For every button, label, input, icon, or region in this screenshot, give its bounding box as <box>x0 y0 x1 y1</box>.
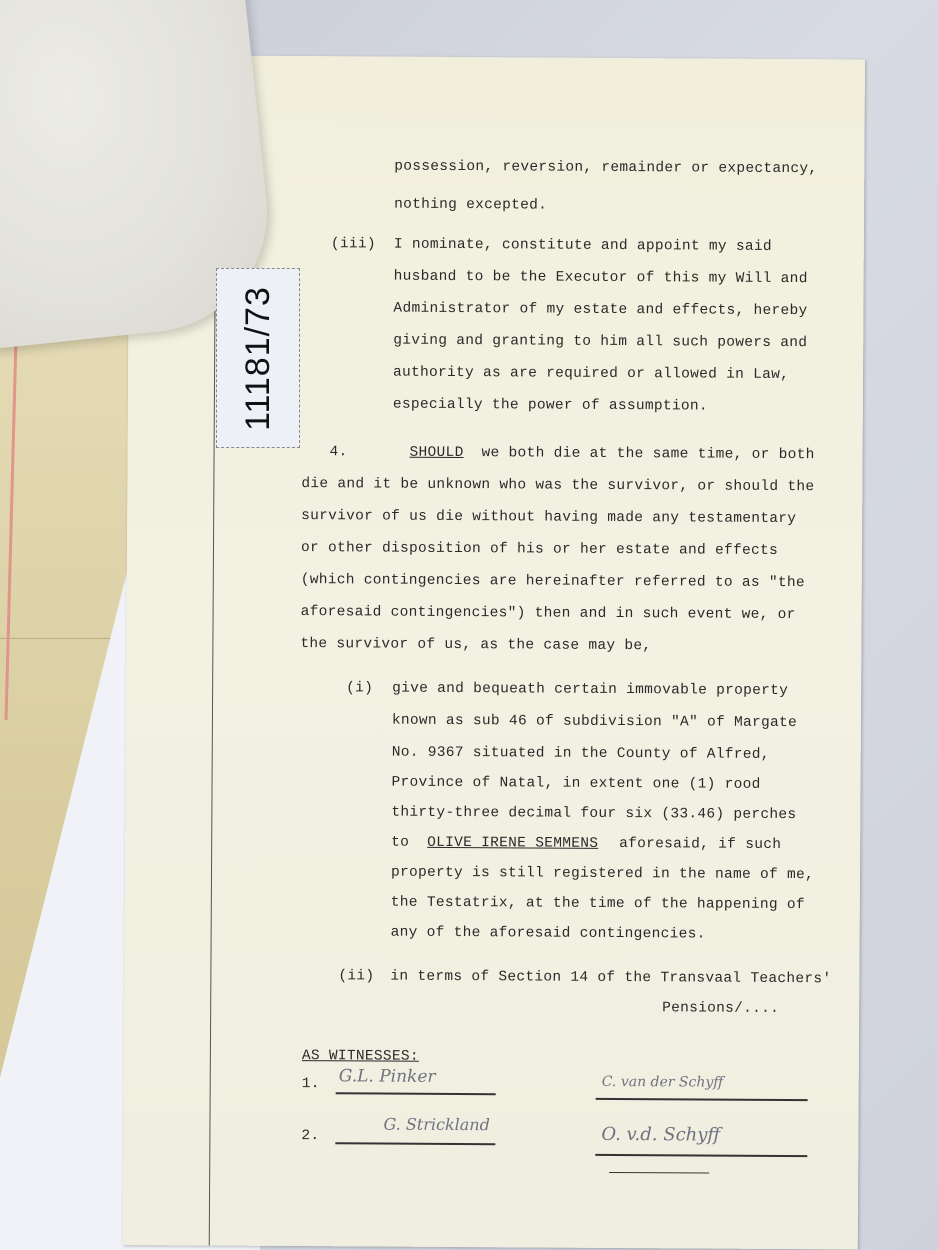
reference-number: 11181/73 <box>239 286 278 431</box>
text-line: the Testatrix, at the time of the happen… <box>391 895 805 914</box>
text-line: property is still registered in the name… <box>391 865 814 884</box>
text-line: authority as are required or allowed in … <box>393 365 789 383</box>
clause-number: 4. <box>330 444 348 460</box>
signature-line <box>595 1154 807 1157</box>
testator-signature-2: O. v.d. Schyff <box>601 1124 720 1146</box>
text-line: Administrator of my estate and effects, … <box>393 301 807 320</box>
text-line: known as sub 46 of subdivision "A" of Ma… <box>392 713 797 731</box>
testator-signature-1: C. van der Schyff <box>602 1074 724 1091</box>
catchword: Pensions/.... <box>662 1000 779 1017</box>
text-line: or other disposition of his or her estat… <box>301 540 778 559</box>
text-line: thirty-three decimal four six (33.46) pe… <box>391 805 796 823</box>
text-line: die and it be unknown who was the surviv… <box>301 476 814 495</box>
text-line: aforesaid, if such <box>619 836 781 853</box>
witness-number: 1. <box>302 1076 320 1092</box>
clause-number: (i) <box>346 680 373 696</box>
text-line: any of the aforesaid contingencies. <box>391 925 706 943</box>
text-line: to <box>391 835 409 851</box>
signature-line <box>596 1098 808 1101</box>
text-line: give and bequeath certain immovable prop… <box>392 681 788 699</box>
beneficiary-name: OLIVE IRENE SEMMENS <box>427 835 598 852</box>
text-line: especially the power of assumption. <box>393 397 708 415</box>
signature-line <box>335 1142 495 1145</box>
signature-line <box>336 1092 496 1095</box>
text-line: in terms of Section 14 of the Transvaal … <box>390 969 831 988</box>
witnesses-heading: AS WITNESSES: <box>302 1048 419 1065</box>
text-line: we both die at the same time, or both <box>482 445 815 463</box>
text-line: aforesaid contingencies") then and in su… <box>301 604 796 623</box>
clause-number: (ii) <box>338 968 374 984</box>
witness-1-signature: G.L. Pinker <box>339 1066 436 1087</box>
text-line: No. 9367 situated in the County of Alfre… <box>392 745 770 763</box>
text-line: nothing excepted. <box>394 197 547 214</box>
text-line: possession, reversion, remainder or expe… <box>394 159 817 178</box>
signature-underline <box>609 1172 709 1174</box>
text-line: giving and granting to him all such powe… <box>393 333 807 352</box>
text-line: Province of Natal, in extent one (1) roo… <box>392 775 761 793</box>
text-line: (which contingencies are hereinafter ref… <box>301 572 805 591</box>
text-line: the survivor of us, as the case may be, <box>300 636 651 654</box>
text-line: I nominate, constitute and appoint my sa… <box>394 237 772 255</box>
witness-2-signature: G. Strickland <box>383 1115 490 1135</box>
witness-number: 2. <box>301 1128 319 1144</box>
clause-keyword: SHOULD <box>410 445 464 461</box>
clause-number: (iii) <box>331 236 376 252</box>
text-line: husband to be the Executor of this my Wi… <box>394 269 808 288</box>
text-line: survivor of us die without having made a… <box>301 508 796 527</box>
reference-sticker: 11181/73 <box>216 268 300 448</box>
